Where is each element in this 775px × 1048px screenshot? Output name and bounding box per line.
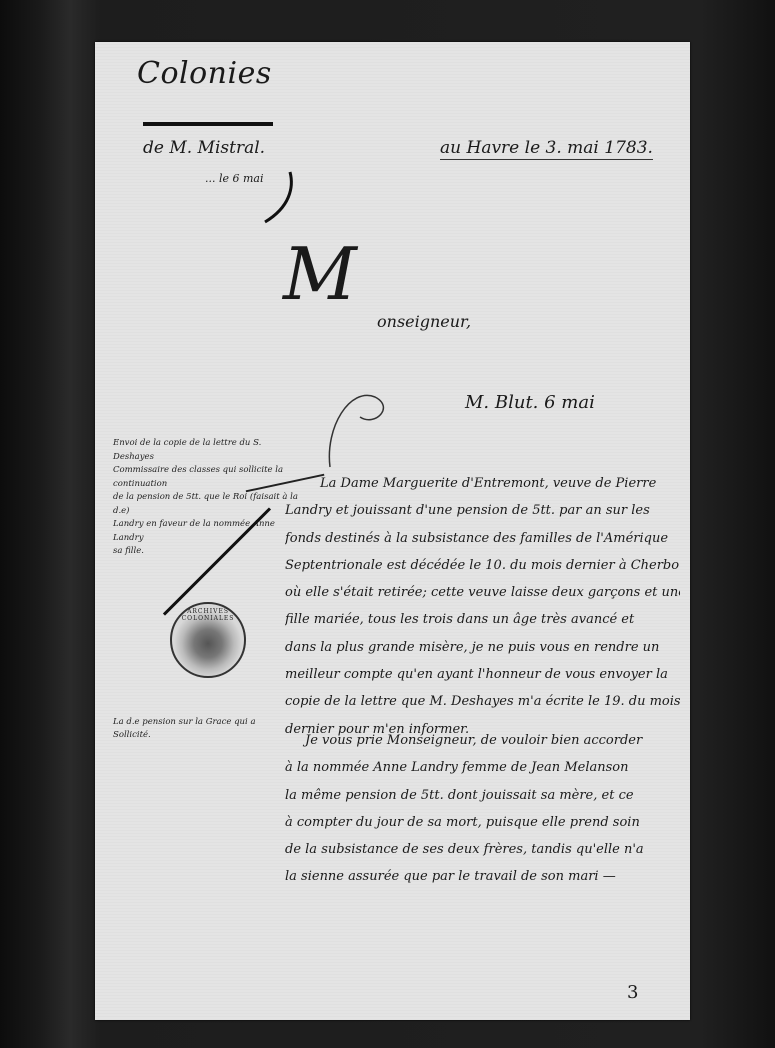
text-line: fille mariée, tous les trois dans un âge… — [285, 606, 680, 633]
text-line: Landry et jouissant d'une pension de 5tt… — [285, 497, 680, 524]
text-line: copie de la lettre que M. Deshayes m'a é… — [285, 688, 680, 715]
note-line: Sollicité. — [113, 729, 303, 742]
text-line: Septentrionale est décédée le 10. du moi… — [285, 552, 680, 579]
note-line: Landry en faveur de la nommée Anne Landr… — [113, 518, 303, 545]
note-line: Envoi de la copie de la lettre du S. Des… — [113, 437, 303, 464]
reception-note: ... le 6 mai — [205, 172, 264, 185]
heading-underline — [143, 122, 273, 126]
paragraph-1: La Dame Marguerite d'Entremont, veuve de… — [285, 470, 680, 743]
heading-colonies: Colonies — [137, 56, 272, 91]
archives-coloniales-seal-icon: ARCHIVES COLONIALES — [170, 602, 246, 678]
text-line: la même pension de 5tt. dont jouissait s… — [285, 782, 680, 809]
marginal-date-note: M. Blut. 6 mai — [465, 392, 595, 413]
manuscript-page: Colonies de M. Mistral. au Havre le 3. m… — [95, 42, 690, 1020]
left-margin-note-2: La d.e pension sur la Grace qui a Sollic… — [113, 716, 303, 742]
paragraph-2: Je vous prie Monseigneur, de vouloir bie… — [285, 727, 680, 891]
text-line: à la nommée Anne Landry femme de Jean Me… — [285, 754, 680, 781]
flourish-stroke-icon — [260, 167, 300, 227]
note-line: La d.e pension sur la Grace qui a — [113, 716, 303, 729]
text-line: à compter du jour de sa mort, puisque el… — [285, 809, 680, 836]
note-line: de la pension de 5tt. que le Roi (faisai… — [113, 491, 303, 518]
text-line: où elle s'était retirée; cette veuve lai… — [285, 579, 680, 606]
salutation: onseigneur, — [377, 312, 471, 331]
note-line: sa fille. — [113, 545, 303, 559]
text-line: La Dame Marguerite d'Entremont, veuve de… — [285, 470, 680, 497]
text-line: Je vous prie Monseigneur, de vouloir bie… — [285, 727, 680, 754]
text-line: de la subsistance de ses deux frères, ta… — [285, 836, 680, 863]
seal-text: ARCHIVES COLONIALES — [172, 608, 244, 622]
place-date-line: au Havre le 3. mai 1783. — [440, 138, 653, 160]
text-line: meilleur compte qu'en ayant l'honneur de… — [285, 661, 680, 688]
note-line: Commissaire des classes qui sollicite la… — [113, 464, 303, 491]
left-margin-note: Envoi de la copie de la lettre du S. Des… — [113, 437, 303, 559]
salutation-initial: M — [283, 232, 357, 316]
text-line: la sienne assurée que par le travail de … — [285, 863, 680, 890]
paragraph-flourish-icon — [320, 387, 390, 477]
sender-line: de M. Mistral. — [143, 138, 265, 158]
folio-number: 3 — [627, 982, 638, 1003]
text-line: fonds destinés à la subsistance des fami… — [285, 525, 680, 552]
text-line: dans la plus grande misère, je ne puis v… — [285, 634, 680, 661]
